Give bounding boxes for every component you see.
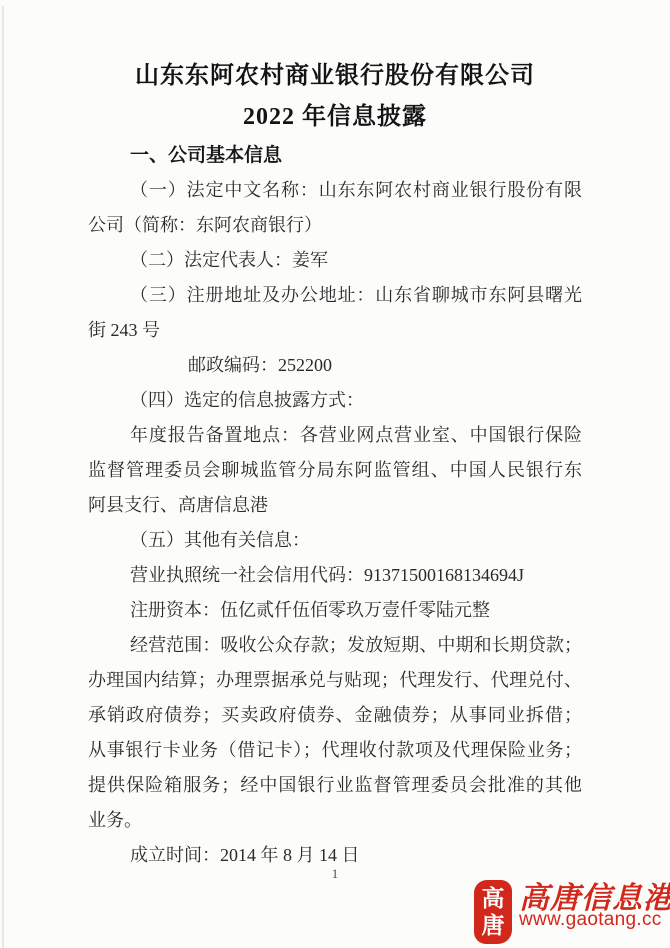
text-line: 邮政编码：252200 (88, 348, 582, 383)
text-line: 监督管理委员会聊城监管分局东阿监管组、中国人民银行东 (88, 453, 582, 488)
text-line: 承销政府债券；买卖政府债券、金融债券；从事同业拆借； (88, 698, 582, 733)
text-line: 业务。 (88, 803, 582, 838)
text-line: 街 243 号 (88, 313, 582, 348)
text-line: （四）选定的信息披露方式： (88, 383, 582, 418)
seal-char-bottom: 唐 (482, 912, 505, 939)
text-line: 公司（简称：东阿农商银行） (88, 208, 582, 243)
text-line: 注册资本：伍亿贰仟伍佰零玖万壹仟零陆元整 (88, 593, 582, 628)
text-line: 营业执照统一社会信用代码：91371500168134694J (88, 558, 582, 593)
document-body: 山东东阿农村商业银行股份有限公司 2022 年信息披露 一、公司基本信息 （一）… (88, 56, 582, 873)
text-line: 经营范围：吸收公众存款；发放短期、中期和长期贷款； (88, 628, 582, 663)
text-line: 办理国内结算；办理票据承兑与贴现；代理发行、代理兑付、 (88, 663, 582, 698)
text-line: （一）法定中文名称：山东东阿农村商业银行股份有限 (88, 173, 582, 208)
text-line: 年度报告备置地点：各营业网点营业室、中国银行保险 (88, 418, 582, 453)
text-line: 阿县支行、高唐信息港 (88, 488, 582, 523)
text-line: 从事银行卡业务（借记卡）；代理收付款项及代理保险业务； (88, 733, 582, 768)
document-title-line2: 2022 年信息披露 (88, 97, 582, 138)
text-line: （五）其他有关信息： (88, 523, 582, 558)
document-title-line1: 山东东阿农村商业银行股份有限公司 (88, 56, 582, 97)
watermark-text: 高唐信息港 www.gaotang.cc (519, 883, 670, 930)
section-heading: 一、公司基本信息 (88, 138, 582, 173)
text-line: （二）法定代表人：姜军 (88, 243, 582, 278)
gaotang-watermark: 高 唐 高唐信息港 www.gaotang.cc (474, 880, 670, 944)
gaotang-seal-icon: 高 唐 (474, 880, 512, 944)
text-line: （三）注册地址及办公地址：山东省聊城市东阿县曙光 (88, 278, 582, 313)
text-line: 提供保险箱服务；经中国银行业监督管理委员会批准的其他 (88, 768, 582, 803)
watermark-site-url: www.gaotang.cc (519, 910, 670, 930)
scanned-document-page: 山东东阿农村商业银行股份有限公司 2022 年信息披露 一、公司基本信息 （一）… (0, 0, 670, 948)
seal-char-top: 高 (482, 885, 505, 912)
document-text: 一、公司基本信息 （一）法定中文名称：山东东阿农村商业银行股份有限 公司（简称：… (88, 138, 582, 873)
